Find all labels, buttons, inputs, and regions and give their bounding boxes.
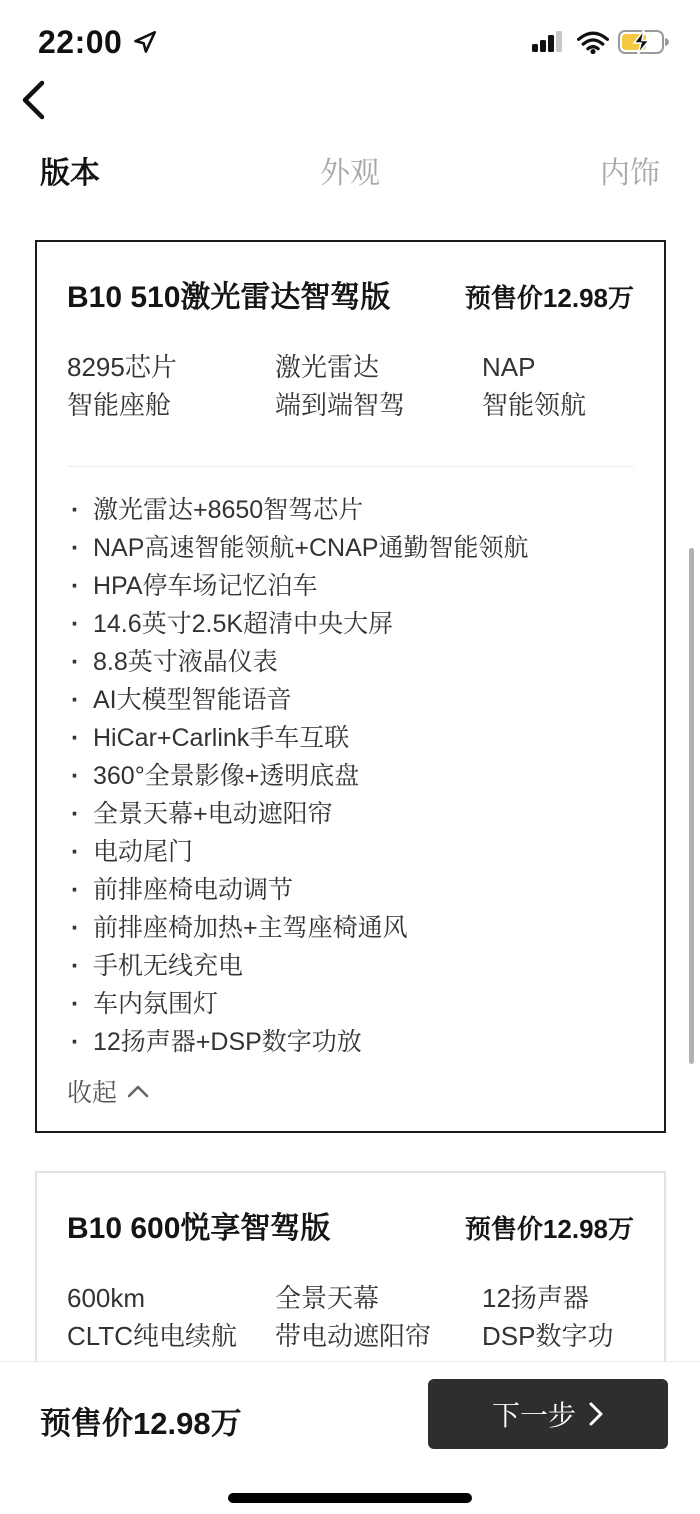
tab-interior[interactable]: 内饰 [600, 148, 660, 192]
scrollbar-thumb[interactable] [689, 548, 694, 1064]
collapse-link[interactable]: 收起 [67, 1073, 634, 1109]
feature-item: 前排座椅电动调节 [67, 871, 634, 909]
collapse-label: 收起 [67, 1073, 117, 1109]
trim-card-b10-510[interactable]: B10 510激光雷达智驾版 预售价12.98万 8295芯片智能座舱 激光雷达… [35, 240, 666, 1133]
feature-item: AI大模型智能语音 [67, 681, 634, 719]
trim-price: 预售价12.98万 [465, 1209, 634, 1246]
feature-item: HPA停车场记忆泊车 [67, 567, 634, 605]
total-price: 预售价12.98万 [40, 1398, 242, 1443]
highlight-item: NAP智能领航 [482, 348, 634, 424]
cellular-signal-icon [532, 30, 568, 54]
feature-item: 12扬声器+DSP数字功放 [67, 1023, 634, 1061]
chevron-right-icon [588, 1401, 604, 1427]
chevron-left-icon [20, 80, 46, 120]
trim-card-header: B10 510激光雷达智驾版 预售价12.98万 [67, 272, 634, 316]
feature-item: 车内氛围灯 [67, 985, 634, 1023]
feature-item: 手机无线充电 [67, 947, 634, 985]
feature-item: NAP高速智能领航+CNAP通勤智能领航 [67, 529, 634, 567]
trim-name: B10 510激光雷达智驾版 [67, 272, 390, 316]
status-bar: 22:00 [0, 0, 700, 62]
section-tabs: 版本 外观 内饰 [40, 148, 660, 192]
battery-charging-icon [618, 29, 670, 55]
chevron-up-icon [127, 1084, 149, 1098]
feature-item: HiCar+Carlink手车互联 [67, 719, 634, 757]
feature-item: 14.6英寸2.5K超清中央大屏 [67, 605, 634, 643]
tab-exterior[interactable]: 外观 [320, 148, 380, 192]
feature-item: 前排座椅加热+主驾座椅通风 [67, 909, 634, 947]
feature-list: 激光雷达+8650智驾芯片 NAP高速智能领航+CNAP通勤智能领航 HPA停车… [67, 491, 634, 1061]
trim-highlights: 8295芯片智能座舱 激光雷达端到端智驾 NAP智能领航 [67, 348, 634, 424]
trim-price: 预售价12.98万 [465, 278, 634, 315]
feature-item: 激光雷达+8650智驾芯片 [67, 491, 634, 529]
feature-item: 全景天幕+电动遮阳帘 [67, 795, 634, 833]
next-step-button[interactable]: 下一步 [428, 1379, 668, 1449]
feature-item: 360°全景影像+透明底盘 [67, 757, 634, 795]
highlight-item: 激光雷达端到端智驾 [275, 348, 482, 424]
home-indicator[interactable] [228, 1493, 472, 1503]
highlight-item: 8295芯片智能座舱 [67, 348, 275, 424]
tab-version[interactable]: 版本 [40, 148, 100, 192]
trim-card-header: B10 600悦享智驾版 预售价12.98万 [67, 1203, 634, 1247]
trim-name: B10 600悦享智驾版 [67, 1203, 330, 1247]
next-step-label: 下一步 [492, 1394, 576, 1434]
location-arrow-icon [132, 29, 158, 55]
bottom-action-bar: 预售价12.98万 下一步 [0, 1361, 700, 1514]
wifi-icon [577, 30, 609, 54]
card-divider [67, 466, 634, 467]
feature-item: 电动尾门 [67, 833, 634, 871]
feature-item: 8.8英寸液晶仪表 [67, 643, 634, 681]
back-button[interactable] [20, 78, 64, 122]
clock-time: 22:00 [38, 24, 122, 61]
